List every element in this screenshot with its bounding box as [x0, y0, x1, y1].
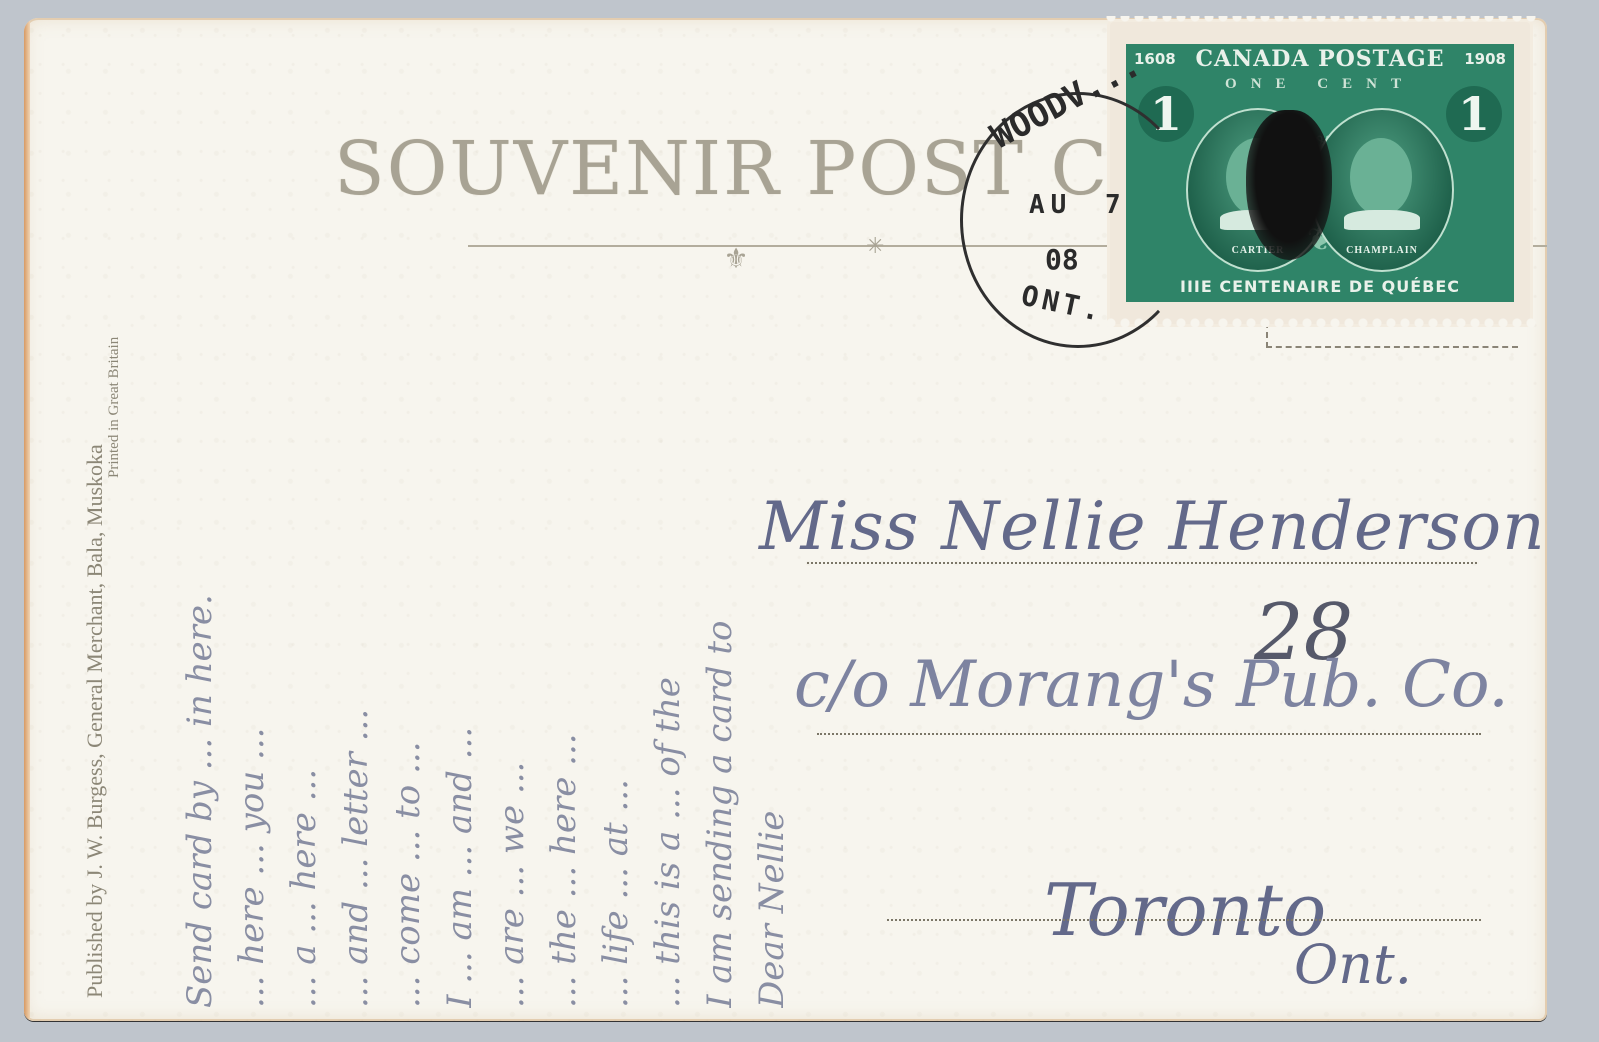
stamp-title: CANADA POSTAGE	[1126, 46, 1514, 72]
stamp-denomination-word: ONE CENT	[1126, 76, 1514, 93]
message-line: I ... am ... and ...	[434, 48, 486, 1008]
stamp-placement-box	[1266, 322, 1518, 348]
publisher-imprint: Published by J. W. Burgess, General Merc…	[82, 58, 123, 998]
address-line	[817, 733, 1481, 735]
portrait-label: CHAMPLAIN	[1312, 245, 1452, 256]
postmark-month: AU	[1029, 190, 1072, 220]
message-line: ... come ... to ...	[382, 48, 434, 1008]
postmark: WOODV... AU 7 08 ONT.	[960, 92, 1196, 348]
recipient-province: Ont.	[1294, 933, 1412, 996]
stamp-bottom-text: IIIE CENTENAIRE DE QUÉBEC	[1126, 277, 1514, 296]
postmark-day: 7	[1105, 190, 1121, 220]
publisher-line: Published by J. W. Burgess, General Merc…	[82, 444, 107, 998]
message-line: ... the ... here ...	[538, 48, 590, 1008]
address-line	[887, 919, 1481, 921]
ink-cancel-blot	[1246, 110, 1332, 260]
message-line: ... and ... letter ...	[330, 48, 382, 1008]
handwritten-message: Send card by ... in here. ... here ... y…	[174, 48, 798, 1008]
portrait-face-icon	[1350, 138, 1412, 216]
message-line: ... here ... you ...	[226, 48, 278, 1008]
message-line: ... this is a ... of the	[642, 48, 694, 1008]
portrait-collar	[1344, 210, 1420, 230]
star-ornament-icon: ✳	[866, 233, 884, 259]
message-line: ... are ... we ...	[486, 48, 538, 1008]
recipient-company: c/o Morang's Pub. Co.	[794, 648, 1509, 722]
printed-in-line: Printed in Great Britain	[106, 58, 123, 478]
message-line: I am sending a card to	[694, 48, 746, 1008]
postmark-year: 08	[1045, 243, 1079, 276]
recipient-name: Miss Nellie Henderson	[759, 488, 1546, 565]
message-line: ... a ... here ...	[278, 48, 330, 1008]
address-line	[807, 562, 1477, 564]
recipient-city: Toronto	[1044, 868, 1326, 952]
message-line: ... life ... at ...	[590, 48, 642, 1008]
message-line: Send card by ... in here.	[174, 48, 226, 1008]
stamp-year-right: 1908	[1464, 50, 1506, 68]
postmark-province: ONT.	[1018, 279, 1106, 329]
card-edge	[24, 18, 30, 1021]
stamp-denomination-right: 1	[1446, 86, 1502, 142]
